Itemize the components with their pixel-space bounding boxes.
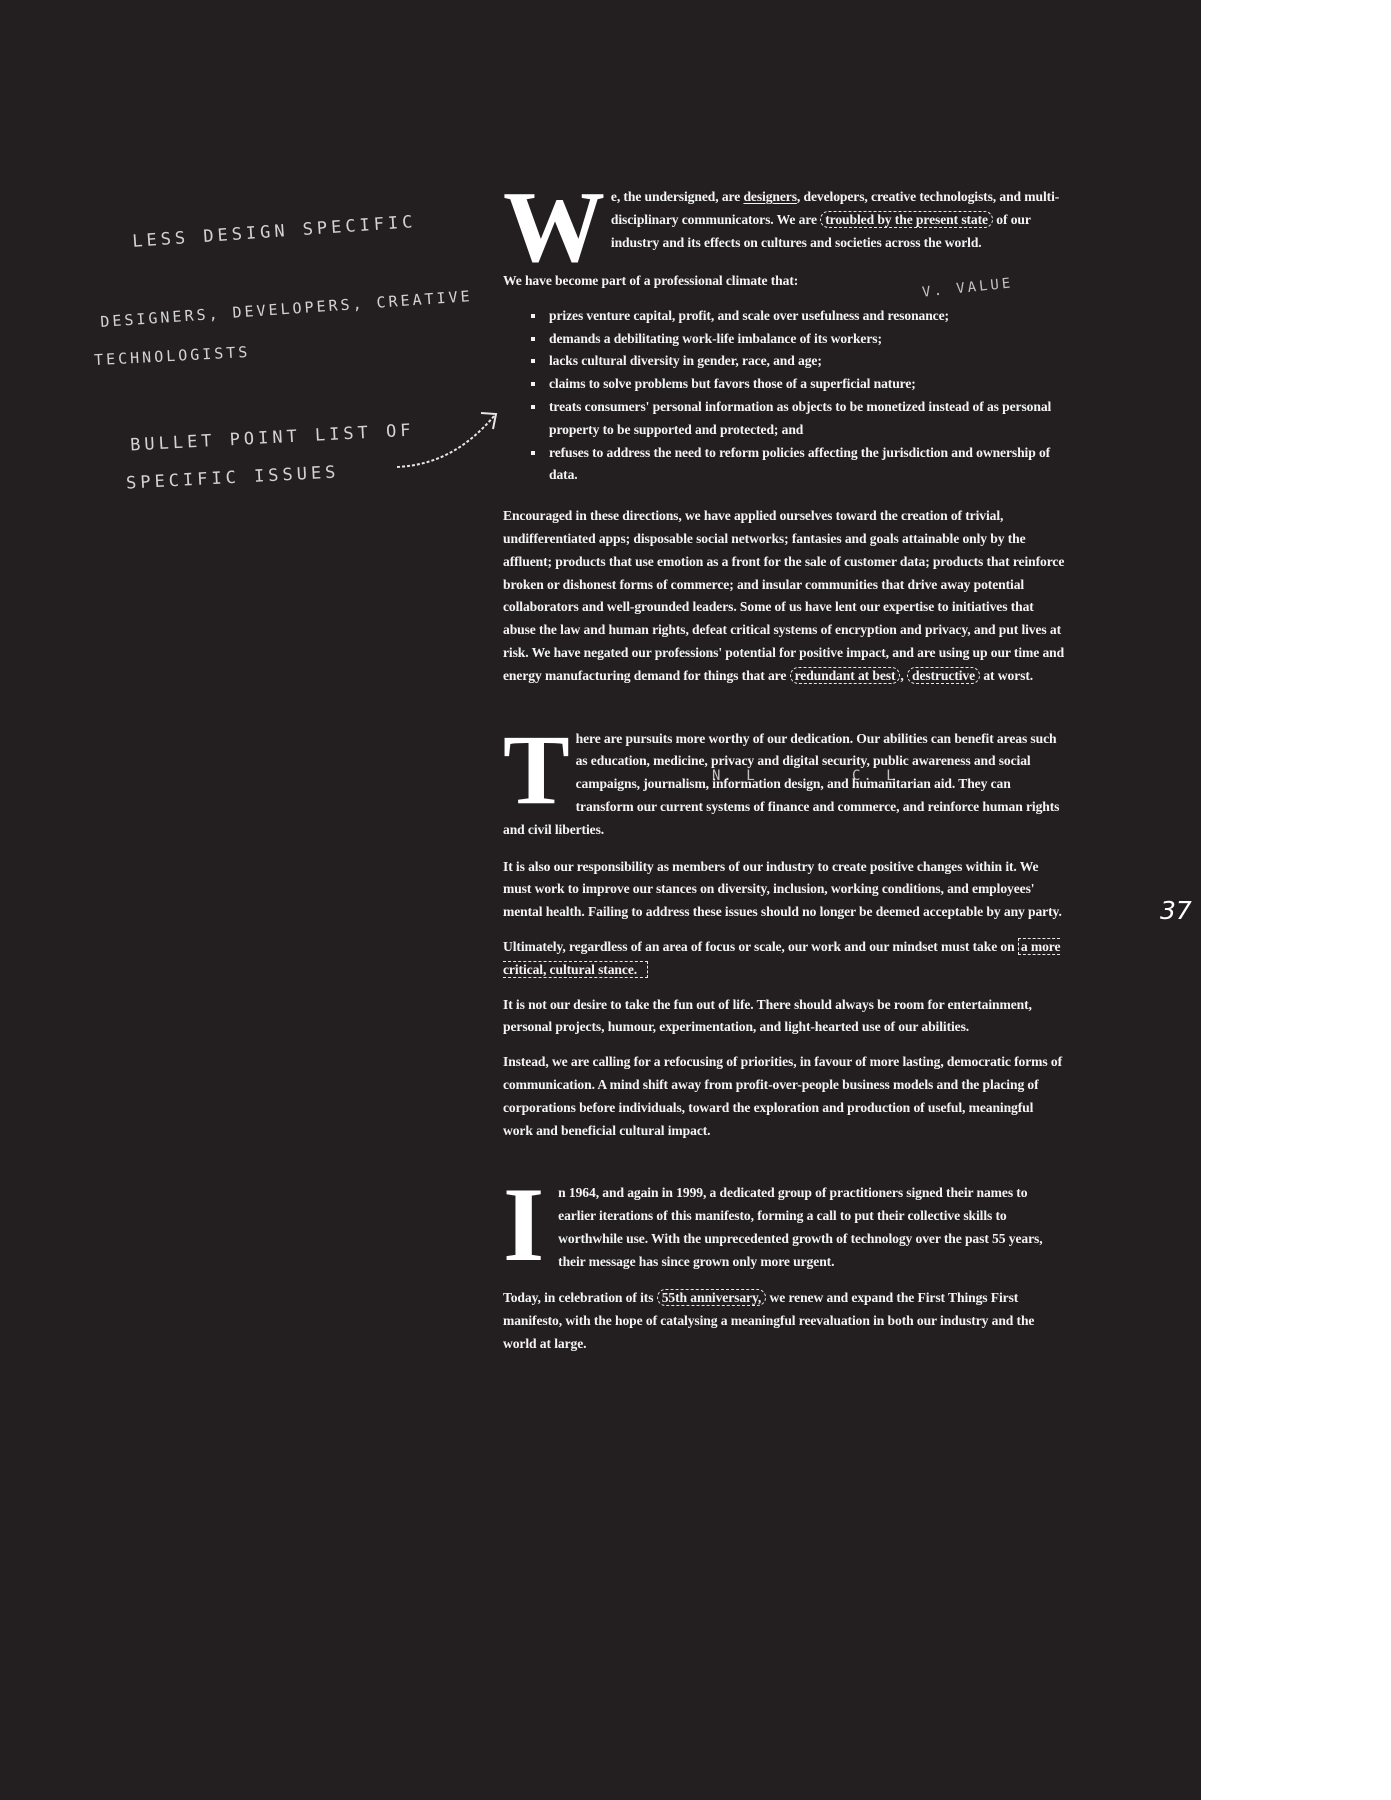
- handwritten-note-bullet-list-line2: SPECIFIC ISSUES: [126, 462, 340, 493]
- manifesto-article: We, the undersigned, are designers, deve…: [503, 186, 1065, 1368]
- paragraph-instead: Instead, we are calling for a refocusing…: [503, 1051, 1065, 1142]
- paragraph-fun: It is not our desire to take the fun out…: [503, 994, 1065, 1040]
- intro-troubled-circled: troubled by the present state: [820, 211, 993, 228]
- section-gap: [503, 700, 1065, 728]
- paragraph-history: In 1964, and again in 1999, a dedicated …: [503, 1182, 1065, 1273]
- paragraph-encouraged: Encouraged in these directions, we have …: [503, 505, 1065, 687]
- handwritten-note-bullet-list-line1: BULLET POINT LIST OF: [130, 421, 415, 456]
- paragraph-responsibility: It is also our responsibility as members…: [503, 856, 1065, 924]
- paragraph-today: Today, in celebration of its 55th annive…: [503, 1287, 1065, 1355]
- history-text: n 1964, and again in 1999, a dedicated g…: [558, 1185, 1042, 1268]
- paragraph-ultimately: Ultimately, regardless of an area of foc…: [503, 936, 1065, 982]
- dropcap-w: W: [503, 190, 605, 270]
- intro-paragraph: We, the undersigned, are designers, deve…: [503, 186, 1065, 254]
- dropcap-t: T: [503, 732, 570, 814]
- dropcap-i: I: [503, 1186, 544, 1270]
- list-intro: We have become part of a professional cl…: [503, 270, 1065, 293]
- list-item: prizes venture capital, profit, and scal…: [531, 305, 1065, 328]
- list-item: treats consumers' personal information a…: [531, 396, 1065, 442]
- paragraph-pursuits: There are pursuits more worthy of our de…: [503, 728, 1065, 842]
- today-text-a: Today, in celebration of its: [503, 1290, 657, 1305]
- circled-redundant: redundant at best: [790, 667, 901, 684]
- list-item: demands a debilitating work-life imbalan…: [531, 328, 1065, 351]
- circled-destructive: destructive: [907, 667, 980, 684]
- issues-list: prizes venture capital, profit, and scal…: [531, 305, 1065, 487]
- page-number: 37: [1160, 896, 1192, 925]
- handwritten-note-less-design-specific: LESS DESIGN SPECIFIC: [132, 212, 417, 252]
- encouraged-text-a: Encouraged in these directions, we have …: [503, 508, 1064, 614]
- intro-text-a: e, the undersigned, are: [611, 189, 744, 204]
- list-item: refuses to address the need to reform po…: [531, 442, 1065, 488]
- list-item: claims to solve problems but favors thos…: [531, 373, 1065, 396]
- handwritten-note-designers-line2: TECHNOLOGISTS: [94, 343, 251, 369]
- handwritten-note-designers-line1: DESIGNERS, DEVELOPERS, CREATIVE: [100, 287, 473, 331]
- encouraged-text-d: at worst.: [980, 668, 1033, 683]
- handwritten-arrow-icon: [395, 405, 505, 475]
- encouraged-text-c: ,: [900, 668, 907, 683]
- pursuits-text: here are pursuits more worthy of our ded…: [503, 731, 1059, 837]
- circled-anniversary: 55th anniversary,: [657, 1289, 767, 1306]
- list-item: lacks cultural diversity in gender, race…: [531, 350, 1065, 373]
- manifesto-page: LESS DESIGN SPECIFIC DESIGNERS, DEVELOPE…: [0, 0, 1201, 1800]
- section-gap: [503, 1154, 1065, 1182]
- ultimately-text: Ultimately, regardless of an area of foc…: [503, 939, 1018, 954]
- intro-designers: designers: [743, 189, 796, 204]
